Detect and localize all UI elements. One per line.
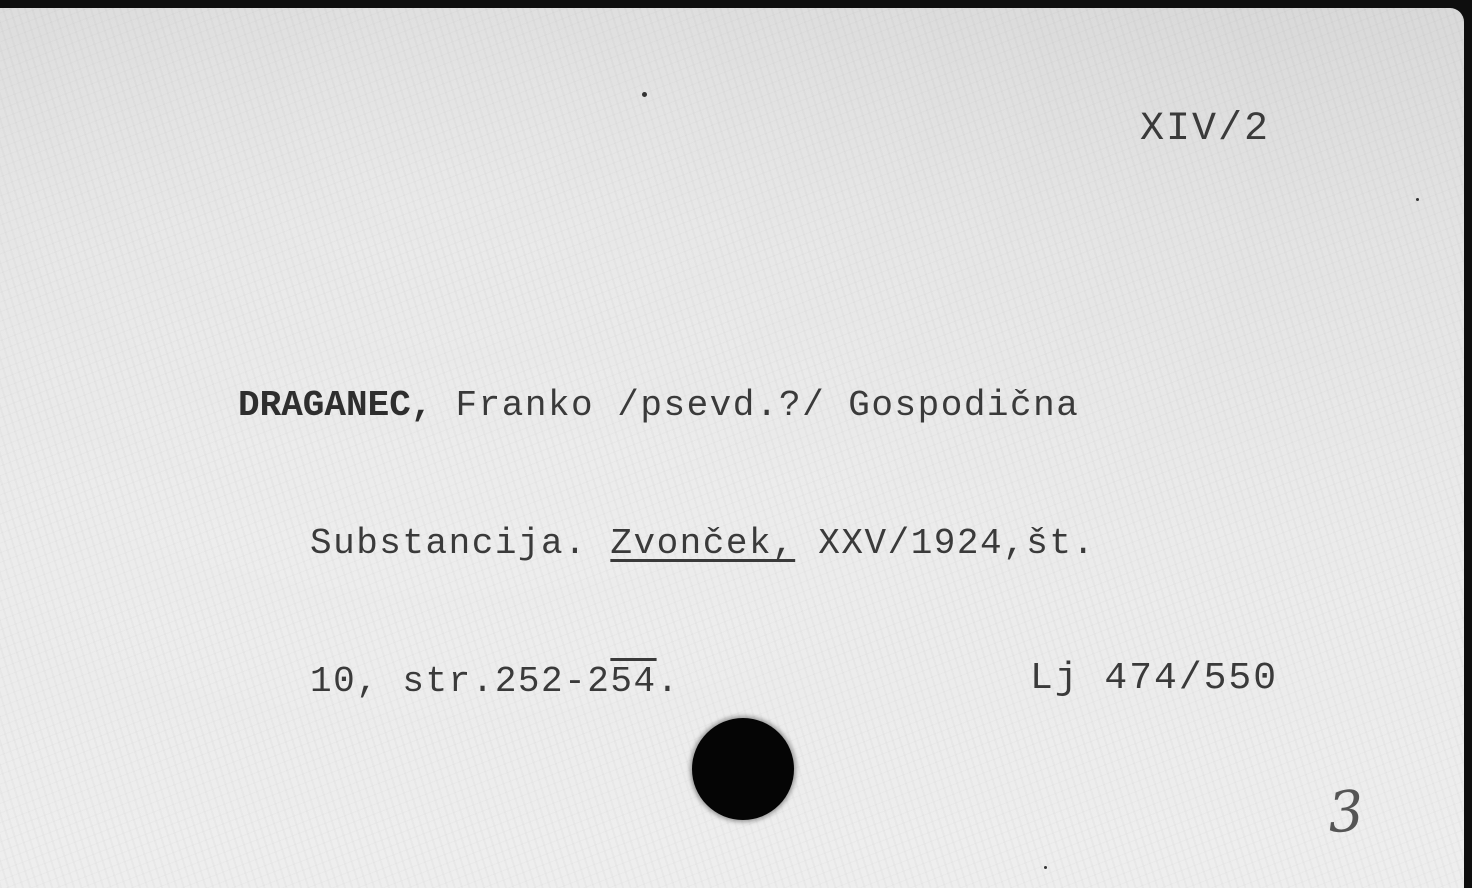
handwritten-number: 3 <box>1326 779 1366 846</box>
location-code: Lj 474/550 <box>1030 660 1278 698</box>
pages-end: 54 <box>610 661 656 702</box>
issue-pages: 10, str.252-2 <box>310 661 610 702</box>
entry-line-3: 10, str.252-254. <box>238 659 1096 705</box>
entry-line-1: DRAGANEC, Franko /psevd.?/ Gospodična <box>238 383 1096 429</box>
entry-line-2: Substancija. Zvonček, XXV/1924,št. <box>238 521 1096 567</box>
call-number: XIV/2 <box>1140 110 1270 150</box>
ink-speck <box>642 92 647 97</box>
ink-speck <box>1416 198 1419 201</box>
volume-year: XXV/1924,št. <box>795 523 1095 564</box>
author-heading: DRAGANEC, <box>238 385 432 426</box>
catalog-entry: DRAGANEC, Franko /psevd.?/ Gospodična Su… <box>238 291 1096 797</box>
punch-hole <box>692 718 794 820</box>
title-continuation: Substancija. <box>310 523 610 564</box>
author-and-title: Franko /psevd.?/ Gospodična <box>432 385 1079 426</box>
ink-speck <box>1044 866 1047 869</box>
journal-title: Zvonček, <box>610 523 795 564</box>
pages-period: . <box>657 661 680 702</box>
catalog-card: XIV/2 DRAGANEC, Franko /psevd.?/ Gospodi… <box>0 8 1464 888</box>
